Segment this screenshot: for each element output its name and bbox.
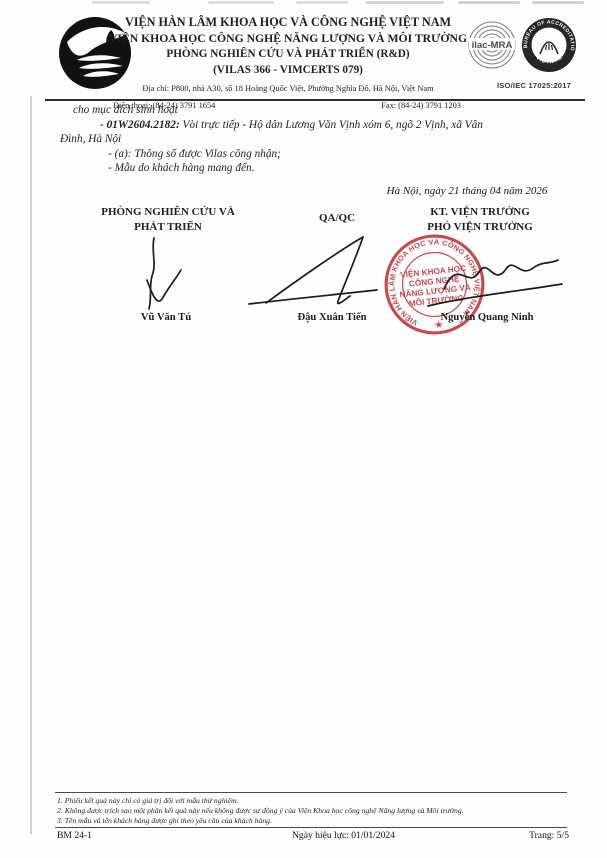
signer-name-middle: Đậu Xuân Tiến — [262, 312, 402, 323]
sig-title-rnd-line2: PHÁT TRIỂN — [86, 220, 250, 235]
footer-meta-row: BM 24-1 Ngày hiệu lực: 01/01/2024 Trang:… — [57, 830, 569, 841]
footnote-1: 1. Phiếu kết quả này chỉ có giá trị đối … — [57, 796, 569, 806]
date-line: Hà Nội, ngày 21 tháng 04 năm 2026 — [372, 185, 562, 197]
page-number: Trang: 5/5 — [529, 830, 569, 841]
signature-left — [149, 238, 154, 309]
header-divider — [45, 99, 585, 101]
sample-desc: Vòi trực tiếp - Hộ dân Lương Văn Vịnh xó… — [180, 119, 483, 131]
effective-date: Ngày hiệu lực: 01/01/2024 — [292, 830, 395, 841]
scanned-report-page: VIỆN HÀN LÂM KHOA HỌC VÀ CÔNG NGHỆ VIỆT … — [0, 0, 607, 858]
signer-name-left: Vũ Văn Tú — [96, 312, 236, 323]
footer-notes: 1. Phiếu kết quả này chỉ có giá trị đối … — [57, 796, 569, 827]
official-red-stamp: VIỆN HÀN LÂM KHOA HỌC VÀ CÔNG NGHỆ VIỆT … — [378, 228, 491, 341]
sig-title-qaqc: QA/QC — [305, 211, 369, 226]
body-line-2: - 01W2604.2182: Vòi trực tiếp - Hộ dân L… — [60, 118, 560, 133]
ilac-mra-logo: ilac-MRA — [467, 20, 517, 70]
body-line-4: - Mẫu do khách hàng mang đến. — [60, 161, 560, 176]
org-line-3: PHÒNG NGHIÊN CỨU VÀ PHÁT TRIỂN (R&D) — [103, 47, 473, 63]
org-line-2: VIỆN KHOA HỌC CÔNG NGHỆ NĂNG LƯỢNG VÀ MÔ… — [103, 31, 473, 47]
form-code: BM 24-1 — [57, 830, 92, 841]
sig-title-rnd-line1: PHÒNG NGHIÊN CỨU VÀ — [86, 205, 250, 220]
scan-edge-shadow — [30, 96, 32, 834]
org-line-1: VIỆN HÀN LÂM KHOA HỌC VÀ CÔNG NGHỆ VIỆT … — [103, 15, 473, 31]
body-line-2-cont: Đình, Hà Nội — [60, 132, 560, 147]
footer-divider-top — [55, 792, 567, 793]
footnote-3: 3. Tên mẫu và tên khách hàng được ghi th… — [57, 816, 569, 826]
footer-divider-bottom — [55, 827, 567, 828]
body-line-3: - (a): Thông số được Vilas công nhận; — [60, 147, 560, 162]
sample-code: - 01W2604.2182: — [100, 119, 180, 131]
footnote-2: 2. Không được trích sao một phần kết quả… — [57, 806, 569, 816]
body-line-1: cho mục đích sinh hoạt — [60, 103, 560, 118]
boa-vietnam-logo: BUREAU OF ACCREDITATION VIETNAM — [520, 16, 578, 74]
sig-title-director-line1: KT. VIỆN TRƯỞNG — [398, 205, 562, 220]
signature-middle — [249, 290, 377, 304]
signer-name-right: Nguyễn Quang Ninh — [413, 312, 561, 323]
org-address: Địa chỉ: P800, nhà A30, số 18 Hoàng Quốc… — [103, 81, 473, 97]
iso-accreditation-label: ISO/IEC 17025:2017 — [478, 81, 590, 90]
org-line-4: (VILAS 366 - VIMCERTS 079) — [103, 63, 473, 79]
report-body-text: cho mục đích sinh hoạt - 01W2604.2182: V… — [60, 103, 560, 176]
sig-title-rnd: PHÒNG NGHIÊN CỨU VÀ PHÁT TRIỂN — [86, 205, 250, 234]
ilac-mra-label: ilac-MRA — [472, 40, 513, 51]
